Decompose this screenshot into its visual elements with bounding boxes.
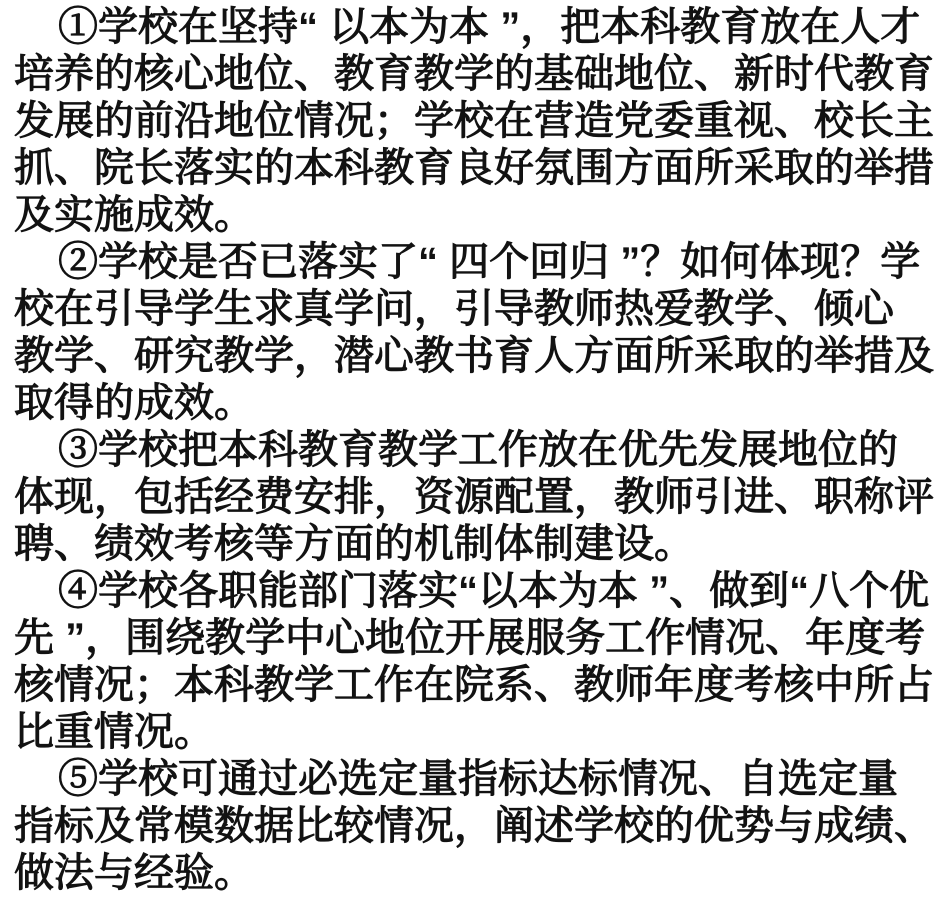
paragraph-1: ①学校在坚持“ 以本为本 ”，把本科教育放在人才 培养的核心地位、教育教学的基础… bbox=[14, 4, 948, 239]
text-line: 校在引导学生求真学问，引导教师热爱教学、倾心 bbox=[14, 286, 948, 333]
text-line: 指标及常模数据比较情况，阐述学校的优势与成绩、 bbox=[14, 803, 948, 850]
text-line: 核情况；本科教学工作在院系、教师年度考核中所占 bbox=[14, 662, 948, 709]
text-line: 聘、绩效考核等方面的机制体制建设。 bbox=[14, 521, 948, 568]
paragraph-2: ②学校是否已落实了“ 四个回归 ”？如何体现？学 校在引导学生求真学问，引导教师… bbox=[14, 239, 948, 427]
text-line: ①学校在坚持“ 以本为本 ”，把本科教育放在人才 bbox=[14, 4, 948, 51]
text-line: 发展的前沿地位情况；学校在营造党委重视、校长主 bbox=[14, 98, 948, 145]
text-line: 取得的成效。 bbox=[14, 380, 948, 427]
text-line: 做法与经验。 bbox=[14, 850, 948, 897]
text-line: 教学、研究教学，潜心教书育人方面所采取的举措及 bbox=[14, 333, 948, 380]
text-line: 培养的核心地位、教育教学的基础地位、新时代教育 bbox=[14, 51, 948, 98]
paragraph-3: ③学校把本科教育教学工作放在优先发展地位的 体现，包括经费安排，资源配置，教师引… bbox=[14, 427, 948, 568]
text-line: 体现，包括经费安排，资源配置，教师引进、职称评 bbox=[14, 474, 948, 521]
text-line: 比重情况。 bbox=[14, 709, 948, 756]
paragraph-5: ⑤学校可通过必选定量指标达标情况、自选定量 指标及常模数据比较情况，阐述学校的优… bbox=[14, 756, 948, 897]
text-line: ③学校把本科教育教学工作放在优先发展地位的 bbox=[14, 427, 948, 474]
text-line: ②学校是否已落实了“ 四个回归 ”？如何体现？学 bbox=[14, 239, 948, 286]
paragraph-4: ④学校各职能部门落实“以本为本 ”、做到“八个优 先 ”，围绕教学中心地位开展服… bbox=[14, 568, 948, 756]
text-line: 先 ”，围绕教学中心地位开展服务工作情况、年度考 bbox=[14, 615, 948, 662]
document-page: ①学校在坚持“ 以本为本 ”，把本科教育放在人才 培养的核心地位、教育教学的基础… bbox=[0, 0, 952, 898]
text-line: 抓、院长落实的本科教育良好氛围方面所采取的举措 bbox=[14, 145, 948, 192]
text-line: 及实施成效。 bbox=[14, 192, 948, 239]
text-line: ⑤学校可通过必选定量指标达标情况、自选定量 bbox=[14, 756, 948, 803]
text-line: ④学校各职能部门落实“以本为本 ”、做到“八个优 bbox=[14, 568, 948, 615]
